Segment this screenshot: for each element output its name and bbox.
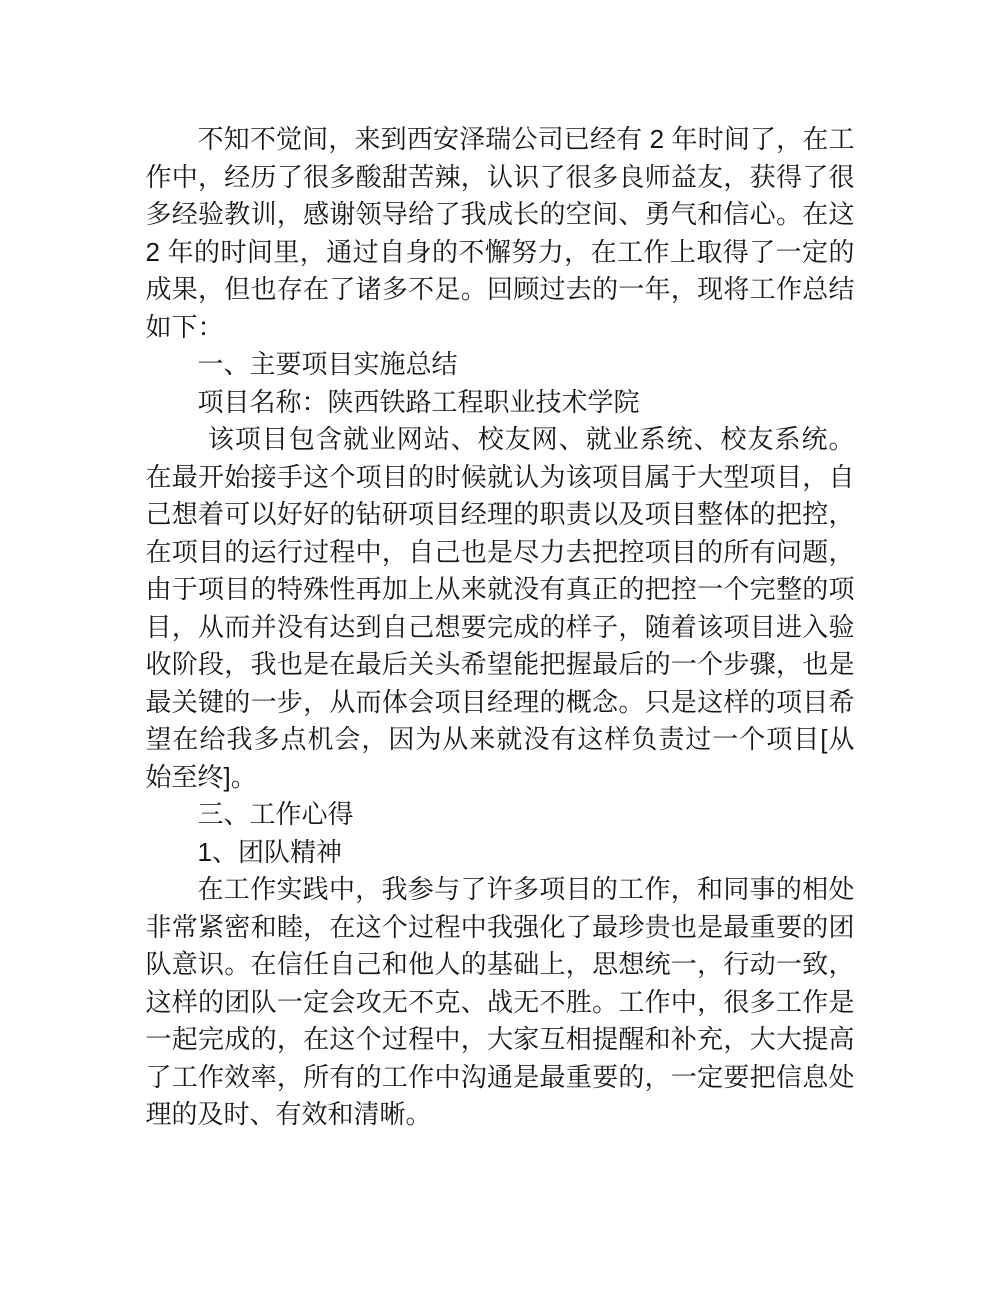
- paragraph-6: 三、工作心得: [146, 796, 855, 834]
- paragraph-2: 一、主要项目实施总结: [146, 346, 855, 384]
- paragraph-1: 不知不觉间，来到西安泽瑞公司已经有 2 年时间了，在工作中，经历了很多酸甜苦辣，…: [146, 121, 855, 346]
- document-page: 不知不觉间，来到西安泽瑞公司已经有 2 年时间了，在工作中，经历了很多酸甜苦辣，…: [0, 0, 1000, 1295]
- paragraph-3: 项目名称：陕西铁路工程职业技术学院: [146, 384, 855, 422]
- document-body: 不知不觉间，来到西安泽瑞公司已经有 2 年时间了，在工作中，经历了很多酸甜苦辣，…: [146, 0, 855, 1134]
- paragraph-4: 该项目包含就业网站、校友网、就业系统、校友系统。: [146, 421, 855, 459]
- paragraph-7: 1、团队精神: [146, 834, 855, 872]
- paragraph-8: 在工作实践中，我参与了许多项目的工作，和同事的相处非常紧密和睦，在这个过程中我强…: [146, 871, 855, 1134]
- paragraph-5: 在最开始接手这个项目的时候就认为该项目属于大型项目，自己想着可以好好的钻研项目经…: [146, 459, 855, 797]
